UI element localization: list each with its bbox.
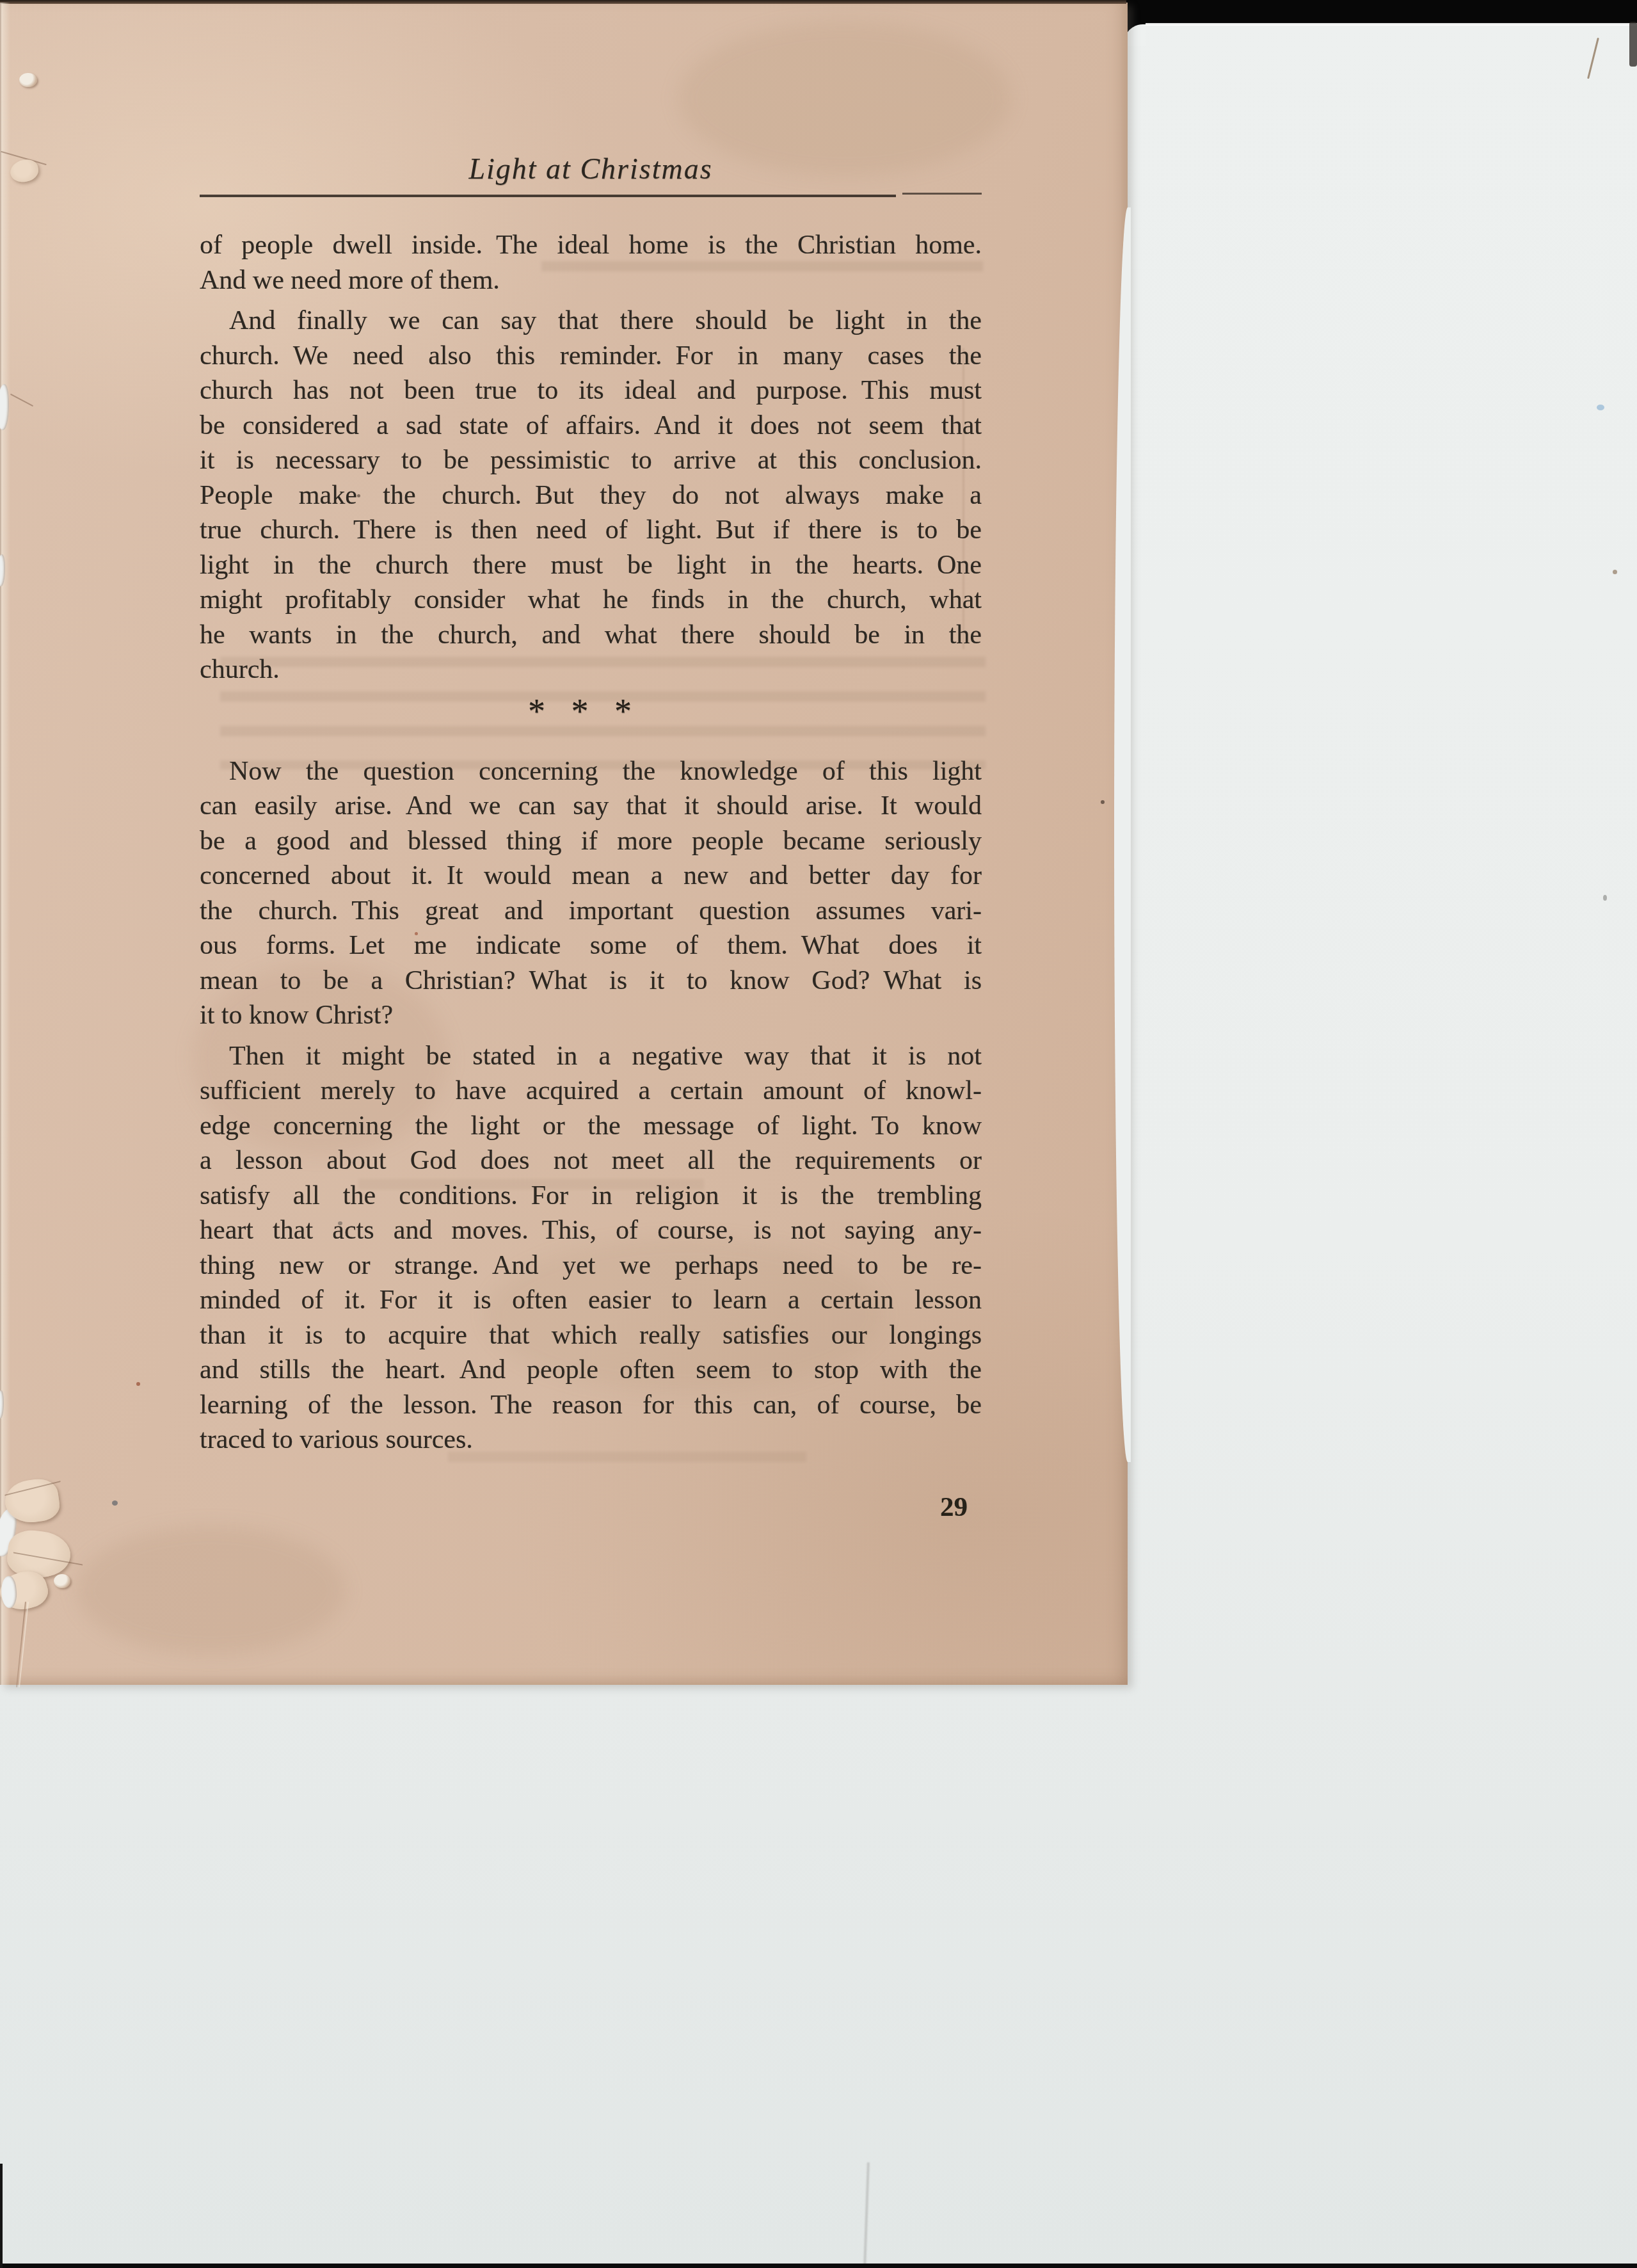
text-line: minded of it. For it is often easier to …: [200, 1283, 982, 1318]
paragraph: Then it might be stated in a negative wa…: [200, 1039, 982, 1458]
text-line: be a good and blessed thing if more peop…: [200, 824, 982, 859]
text-line: church. We need also this reminder. For …: [200, 339, 982, 374]
scanner-lid-strip: [1124, 0, 1637, 24]
text-line: mean to be a Christian? What is it to kn…: [200, 963, 982, 999]
paragraph: of people dwell inside. The ideal home i…: [200, 228, 982, 298]
text-line: People make the church. But they do not …: [200, 478, 982, 513]
edge-smudge: [1629, 22, 1637, 67]
header-rule: [200, 195, 896, 197]
pinhole: [54, 1574, 70, 1588]
backing-sheet-edge-highlight: [1146, 23, 1637, 26]
running-header: Light at Christmas: [200, 152, 982, 186]
text-line: Now the question concerning the knowledg…: [200, 754, 982, 789]
text-line: edge concerning the light or the message…: [200, 1109, 982, 1144]
body-text: of people dwell inside. The ideal home i…: [200, 228, 982, 1458]
text-line: true church. There is then need of light…: [200, 513, 982, 548]
text-line: it to know Christ?: [200, 998, 982, 1033]
book-page: Light at Christmas of people dwell insid…: [0, 3, 1128, 1685]
paper-speck: [1613, 570, 1617, 574]
text-line: ous forms. Let me indicate some of them.…: [200, 928, 982, 963]
text-line: and stills the heart. And people often s…: [200, 1353, 982, 1388]
text-line: church has not been true to its ideal an…: [200, 373, 982, 408]
crease-line: [10, 394, 33, 407]
text-line: the church. This great and important que…: [200, 894, 982, 929]
paper-speck: [1603, 895, 1607, 901]
text-line: can easily arise. And we can say that it…: [200, 789, 982, 824]
text-line: a lesson about God does not meet all the…: [200, 1143, 982, 1178]
text-line: sufficient merely to have acquired a cer…: [200, 1074, 982, 1109]
text-line: be considered a sad state of affairs. An…: [200, 408, 982, 444]
paragraph: And finally we can say that there should…: [200, 303, 982, 688]
text-line: than it is to acquire that which really …: [200, 1318, 982, 1353]
torn-edge-line: [0, 3, 1, 1685]
paper-speck: [338, 1221, 342, 1225]
paragraph: Now the question concerning the knowledg…: [200, 754, 982, 1033]
text-line: of people dwell inside. The ideal home i…: [200, 228, 982, 263]
scan-left-edge: [0, 2164, 3, 2268]
paper-speck: [1597, 405, 1604, 410]
text-line: light in the church there must be light …: [200, 548, 982, 583]
header-rule-dash: [902, 193, 982, 195]
paper-speck: [357, 494, 360, 497]
paper-speck: [136, 1382, 140, 1386]
section-separator: * * *: [200, 695, 982, 727]
scan-bottom-edge: [0, 2264, 1637, 2268]
text-line: And finally we can say that there should…: [200, 303, 982, 339]
page-edge-bow: [1114, 207, 1131, 1462]
pinhole: [19, 73, 37, 87]
text-line: church.: [200, 652, 982, 688]
paper-speck: [415, 932, 418, 935]
text-line: satisfy all the conditions. For in relig…: [200, 1178, 982, 1214]
text-line: traced to various sources.: [200, 1422, 982, 1458]
text-line: Then it might be stated in a negative wa…: [200, 1039, 982, 1074]
paper-speck: [1101, 800, 1105, 804]
text-line: learning of the lesson. The reason for t…: [200, 1388, 982, 1423]
text-line: it is necessary to be pessimistic to arr…: [200, 443, 982, 478]
text-line: thing new or strange. And yet we perhaps…: [200, 1248, 982, 1283]
text-line: heart that acts and moves. This, of cour…: [200, 1213, 982, 1248]
page-number: 29: [896, 1492, 968, 1523]
paper-speck: [112, 1500, 118, 1506]
text-line: might profitably consider what he finds …: [200, 583, 982, 618]
torn-edge: [0, 3, 10, 1685]
tear-flap: [6, 1528, 73, 1580]
paper-stain: [77, 1526, 346, 1654]
page-top-edge-shadow: [0, 0, 1126, 4]
text-line: he wants in the church, and what there s…: [200, 618, 982, 653]
scanned-page-view: Light at Christmas of people dwell insid…: [0, 0, 1637, 2268]
text-line: concerned about it. It would mean a new …: [200, 858, 982, 894]
text-line: And we need more of them.: [200, 263, 982, 298]
